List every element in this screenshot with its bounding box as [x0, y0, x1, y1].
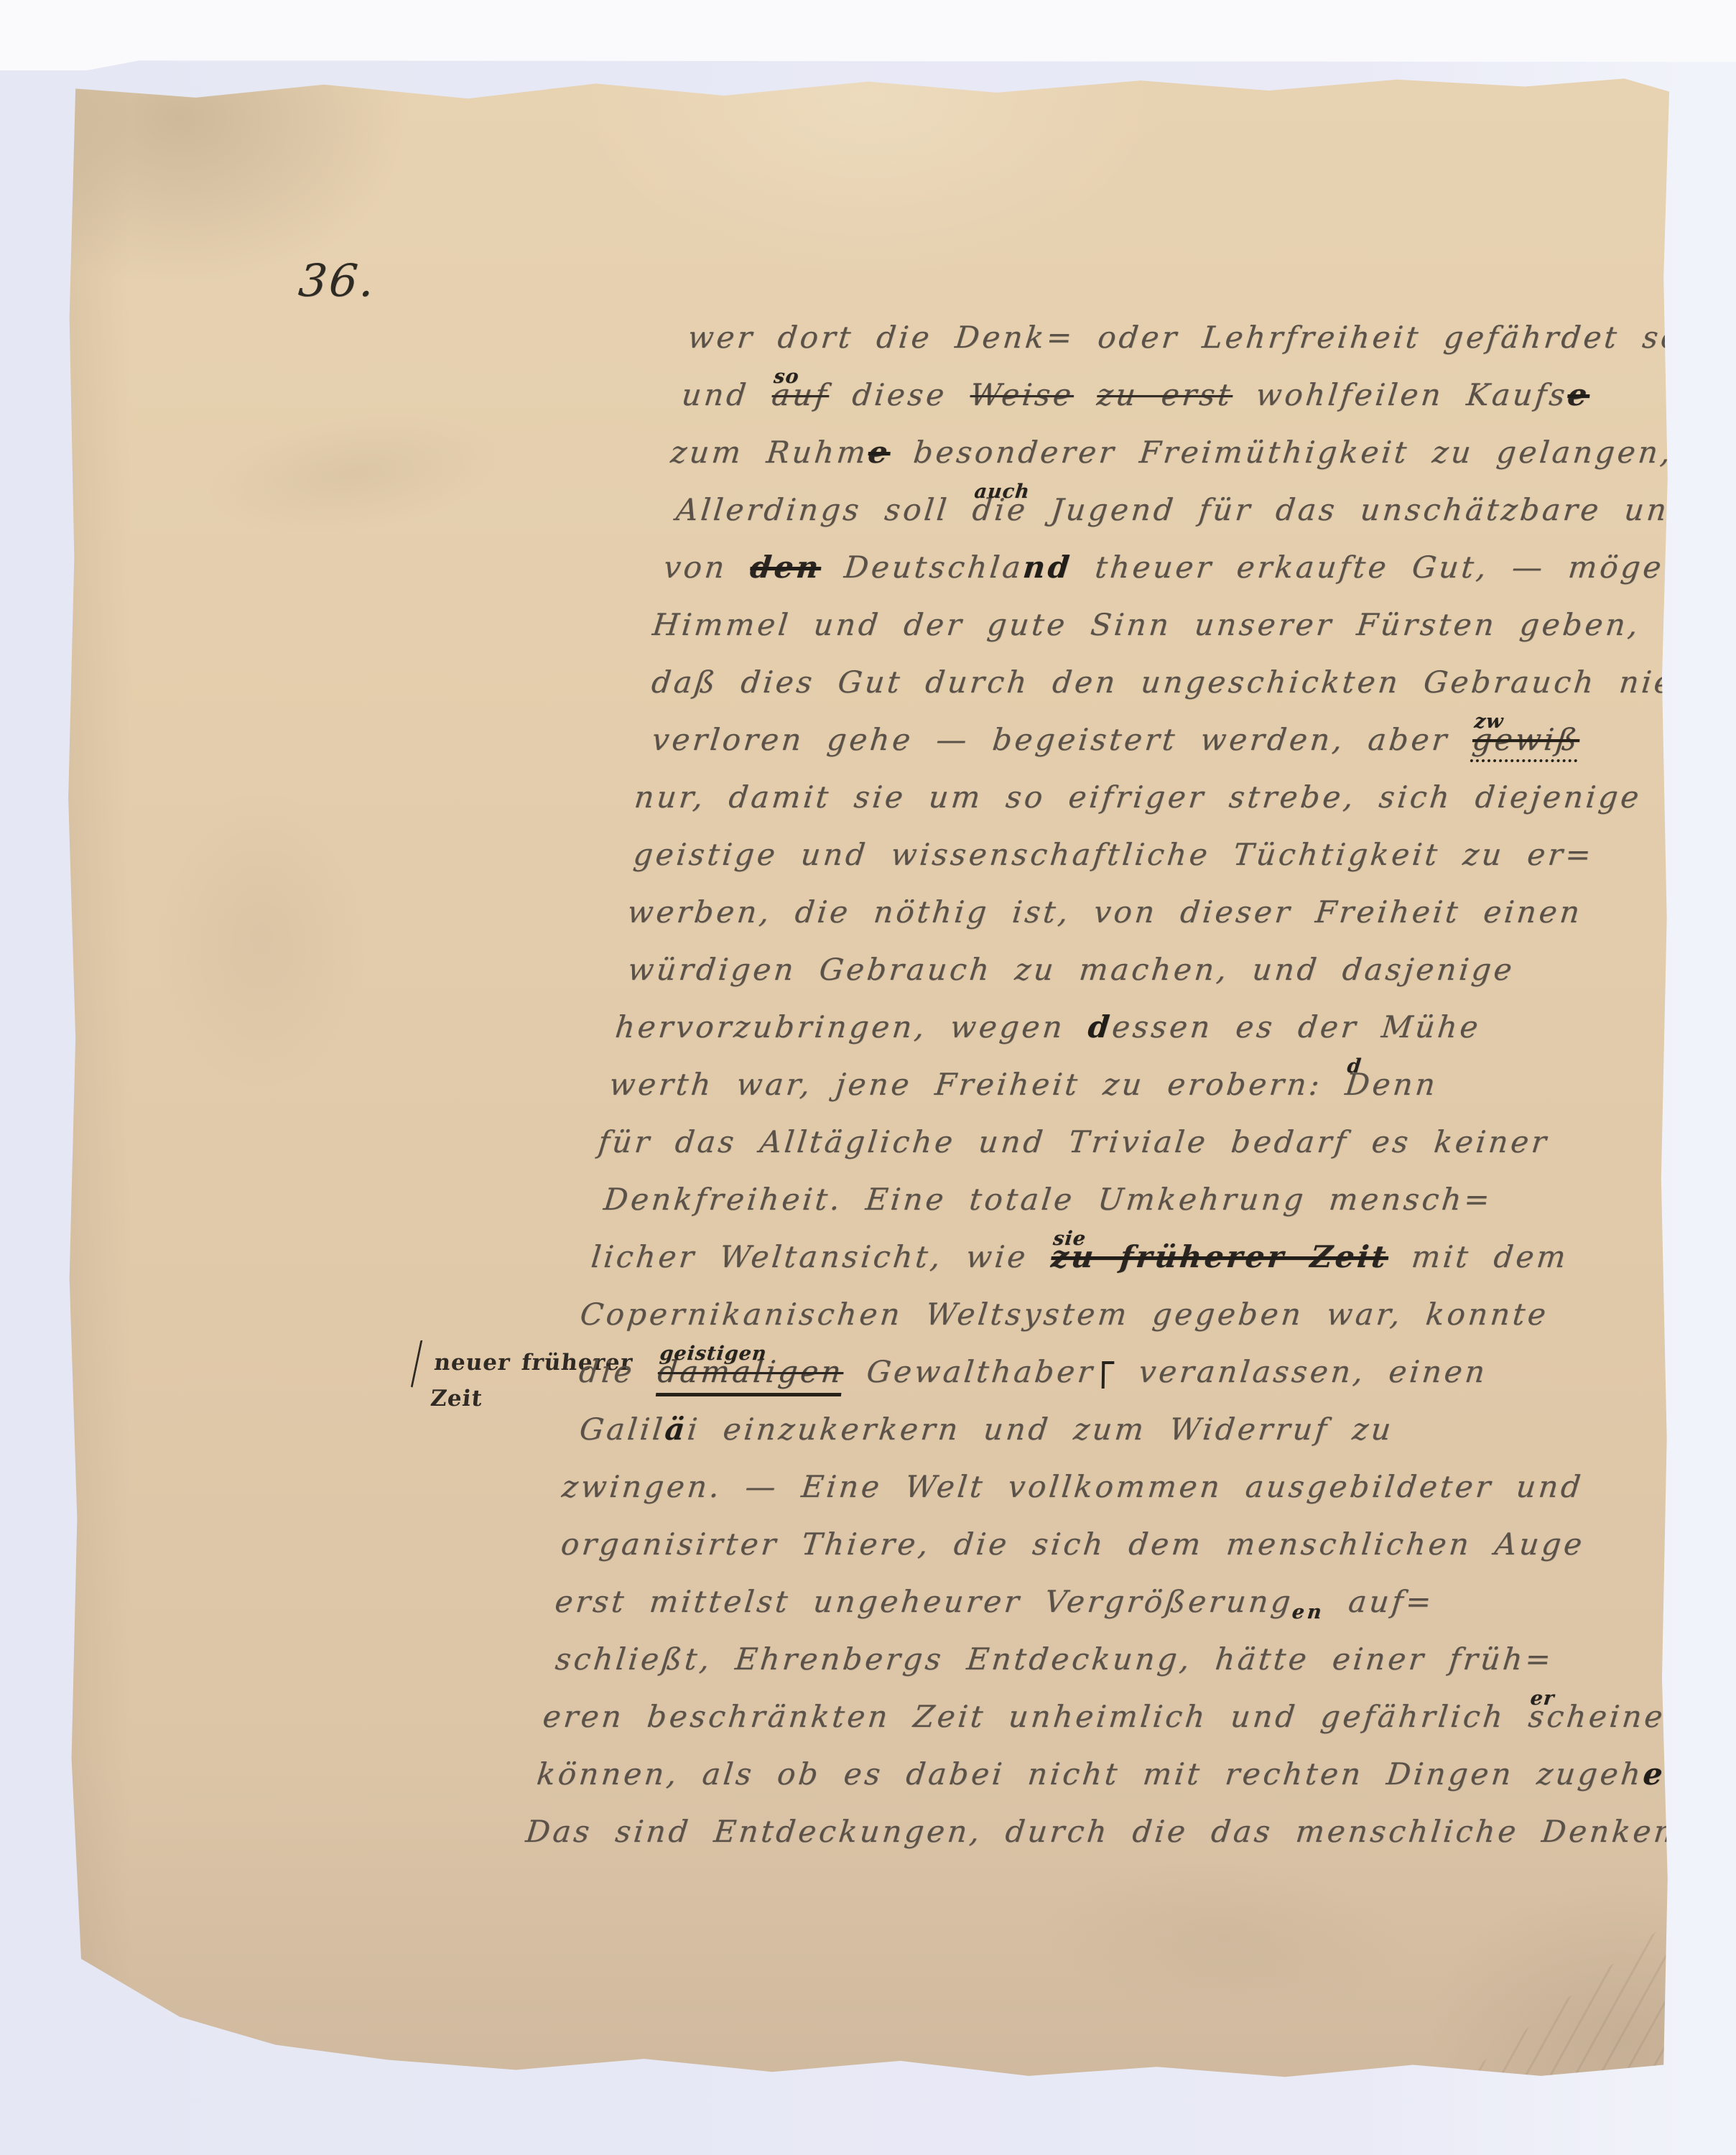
text-run: von [662, 550, 753, 585]
text-run: zu erst [1095, 377, 1235, 412]
text-run: wohlfeilen Kaufs [1231, 377, 1569, 412]
text-run: werben, die nöthig ist, von dieser Freih… [626, 894, 1584, 930]
manuscript-line: verloren gehe — begeistert werden, aber … [649, 711, 1676, 769]
manuscript-line: und soauf diese Weise zu erst wohlfeilen… [679, 366, 1712, 424]
text-run: Gewalthaber [842, 1354, 1097, 1389]
text-run: geistige und wissenschaftliche Tüchtigke… [632, 837, 1596, 872]
manuscript-line: können, als ob es dabei nicht mit rechte… [534, 1746, 1566, 1803]
text-run: für das Alltägliche und Triviale bedarf … [597, 1124, 1551, 1159]
manuscript-line: licher Weltansicht, wie siezu früherer Z… [588, 1228, 1621, 1286]
text-run: diese [827, 377, 972, 412]
text-run: werth war, jene Freiheit zu erobern: [608, 1067, 1347, 1102]
text-run: können, als ob es dabei nicht mit rechte… [535, 1756, 1645, 1792]
text-run: zum Ruhm [669, 435, 870, 470]
manuscript-line: Copernikanischen Weltsystem gegeben war,… [577, 1286, 1615, 1343]
manuscript-line: Himmel und der gute Sinn unserer Fürsten… [650, 596, 1688, 654]
manuscript-sheet: 36. neuer früherer Zeit wer dort die Den… [68, 78, 1669, 2079]
text-run: veranlassen, einen [1114, 1354, 1490, 1389]
text-run: verloren gehe — begeistert werden, aber [650, 722, 1474, 757]
text-run: en [1289, 1584, 1327, 1641]
text-run: besonderer Freimüthigkeit zu gelangen, [888, 435, 1675, 470]
text-run: den [748, 550, 823, 585]
text-run: Copernikanischen Weltsystem gegeben war,… [578, 1297, 1550, 1332]
text-run: e [1566, 377, 1592, 412]
text-run: Deutschla [820, 550, 1026, 585]
text-run: Himmel und der gute Sinn unserer Fürsten… [651, 607, 1642, 642]
text-run: nd [1021, 550, 1074, 585]
manuscript-scan: 36. neuer früherer Zeit wer dort die Den… [0, 0, 1736, 2155]
text-run: Allerdings soll [674, 492, 974, 527]
text-run: eren beschränkten Zeit unheimlich und ge… [541, 1699, 1530, 1734]
text-run: n [1702, 320, 1731, 355]
manuscript-lines: wer dort die Denk= oder Lehrfreiheit gef… [528, 309, 1718, 1860]
text-run: hervorzubringen, wegen [613, 1009, 1090, 1044]
manuscript-line: werben, die nöthig ist, von dieser Freih… [625, 884, 1658, 941]
text-run: i einzukerkern und zum Widerruf zu [686, 1412, 1396, 1447]
manuscript-line: die geistigendamaligen Gewalthaber veran… [576, 1343, 1609, 1401]
text-run: auf= [1324, 1584, 1436, 1619]
manuscript-line: zum Ruhme besonderer Freimüthigkeit zu g… [668, 424, 1706, 481]
text-run: erst mittelst ungeheurer Vergrößerung [553, 1584, 1295, 1619]
text-run: mit dem [1387, 1239, 1571, 1274]
manuscript-line: wer dort die Denk= oder Lehrfreiheit gef… [685, 309, 1718, 366]
text-run: licher Weltansicht, wie [590, 1239, 1054, 1274]
text-run [1072, 377, 1100, 412]
manuscript-line: nur, damit sie um so eifriger strebe, si… [631, 769, 1669, 826]
manuscript-line: organisirter Thiere, die sich dem mensch… [558, 1516, 1591, 1573]
manuscript-line: Galiläi einzukerkern und zum Widerruf zu [577, 1401, 1603, 1458]
text-run: essen es der Mühe [1110, 1009, 1482, 1044]
show-through-smudge [198, 395, 512, 551]
text-run: die Jugend für das unschätzbare und [970, 492, 1693, 527]
scanner-bed-white-band [0, 0, 1736, 70]
text-run: Galil [578, 1412, 667, 1447]
text-run: d [1087, 1009, 1115, 1044]
corner-crease [1431, 1889, 1668, 2076]
text-run: organisirter Thiere, die sich dem mensch… [560, 1526, 1587, 1562]
manuscript-line: würdigen Gebrauch zu machen, und dasjeni… [625, 941, 1651, 998]
manuscript-line: werth war, jene Freiheit zu erobern: dDe… [606, 1056, 1639, 1113]
insertion-caret-mark [1102, 1361, 1115, 1389]
text-run: zwingen. — Eine Welt vollkommen ausgebil… [560, 1469, 1585, 1504]
manuscript-line: Allerdings soll auchdie Jugend für das u… [673, 481, 1699, 539]
text-run: schließt, Ehrenbergs Entdeckung, hätte e… [554, 1641, 1556, 1677]
manuscript-line: eren beschränkten Zeit unheimlich und ge… [540, 1688, 1573, 1746]
manuscript-line: Das sind Entdeckungen, durch die das men… [523, 1803, 1561, 1860]
text-run: würdigen Gebrauch zu machen, und dasjeni… [626, 952, 1517, 987]
show-through-smudge [1032, 1846, 1416, 2030]
text-run: nur, damit sie um so eifriger strebe, si… [633, 779, 1643, 815]
text-run: Das sind Entdeckungen, durch die das men… [524, 1814, 1679, 1849]
text-run: Denkfreiheit. Eine totale Umkehrung mens… [602, 1182, 1494, 1217]
page-number: 36. [297, 254, 379, 307]
text-run: Weise [968, 377, 1076, 412]
margin-bracket-mark [411, 1340, 430, 1389]
text-run: und [680, 377, 774, 412]
manuscript-line: erst mittelst ungeheurer Vergrößerungen … [552, 1573, 1585, 1631]
manuscript-line: geistige und wissenschaftliche Tüchtigke… [631, 826, 1663, 884]
show-through-smudge [154, 789, 369, 1090]
manuscript-line: daß dies Gut durch den ungeschickten Geb… [649, 654, 1681, 711]
text-run: . [1663, 1756, 1680, 1792]
text-run: theuer erkaufte Gut, — möge der [1070, 550, 1736, 585]
text-run: zu früherer Zeit [1049, 1239, 1390, 1274]
manuscript-line: zwingen. — Eine Welt vollkommen ausgebil… [559, 1458, 1597, 1516]
manuscript-line: von den Deutschland theuer erkaufte Gut,… [661, 539, 1694, 596]
manuscript-line: schließt, Ehrenbergs Entdeckung, hätte e… [552, 1631, 1579, 1688]
manuscript-line: Denkfreiheit. Eine totale Umkehrung mens… [600, 1171, 1627, 1228]
text-run: wer dort die Denk= oder Lehrfreiheit gef… [686, 320, 1706, 355]
manuscript-line: hervorzubringen, wegen dessen es der Müh… [613, 998, 1646, 1056]
manuscript-line: für das Alltägliche und Triviale bedarf … [595, 1113, 1633, 1171]
text-run: daß dies Gut durch den ungeschickten Geb… [650, 664, 1677, 700]
text-run: die [577, 1354, 660, 1389]
